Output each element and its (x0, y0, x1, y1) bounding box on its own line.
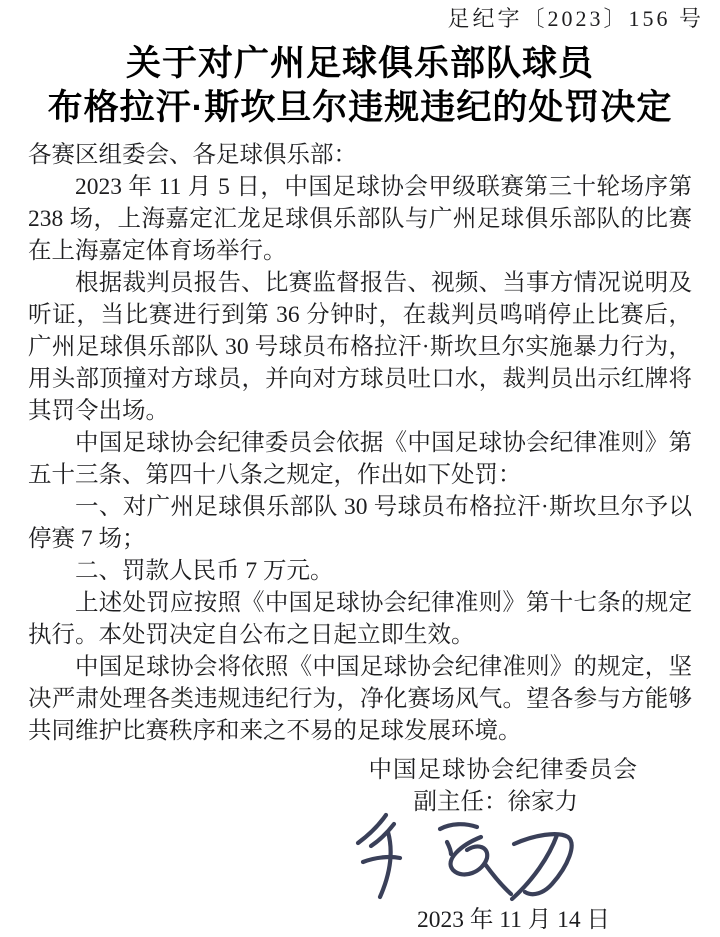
document-title: 关于对广州足球俱乐部队球员 布格拉汗·斯坎旦尔违规违纪的处罚决定 (28, 42, 692, 130)
signoff-block: 中国足球协会纪律委员会 副主任：徐家力 2023 年 11 月 14 日 (28, 754, 692, 934)
document-body: 2023 年 11 月 5 日，中国足球协会甲级联赛第三十轮场序第 238 场，… (28, 171, 692, 747)
body-paragraph-6: 上述处罚应按照《中国足球协会纪律准则》第十七条的规定执行。本处罚决定自公布之日起… (28, 587, 692, 651)
body-paragraph-7: 中国足球协会将依照《中国足球协会纪律准则》的规定，坚决严肃处理各类违规违纪行为，… (28, 651, 692, 747)
signoff-organization: 中国足球协会纪律委员会 (28, 754, 692, 786)
document-title-line1: 关于对广州足球俱乐部队球员 (28, 42, 692, 86)
handwritten-signature-icon (352, 812, 580, 902)
body-paragraph-2: 根据裁判员报告、比赛监督报告、视频、当事方情况说明及听证，当比赛进行到第 36 … (28, 267, 692, 427)
salutation: 各赛区组委会、各足球俱乐部： (28, 139, 692, 171)
penalty-item-1: 一、对广州足球俱乐部队 30 号球员布格拉汗·斯坎旦尔予以停赛 7 场； (28, 491, 692, 555)
document-page: 足纪字〔2023〕156 号 关于对广州足球俱乐部队球员 布格拉汗·斯坎旦尔违规… (0, 0, 720, 937)
signature-area (28, 812, 692, 904)
penalty-item-2: 二、罚款人民币 7 万元。 (28, 555, 692, 587)
document-title-line2: 布格拉汗·斯坎旦尔违规违纪的处罚决定 (28, 86, 692, 130)
signoff-date: 2023 年 11 月 14 日 (28, 906, 692, 934)
body-paragraph-1: 2023 年 11 月 5 日，中国足球协会甲级联赛第三十轮场序第 238 场，… (28, 171, 692, 267)
body-paragraph-3: 中国足球协会纪律委员会依据《中国足球协会纪律准则》第五十三条、第四十八条之规定，… (28, 427, 692, 491)
doc-number: 足纪字〔2023〕156 号 (28, 6, 704, 32)
